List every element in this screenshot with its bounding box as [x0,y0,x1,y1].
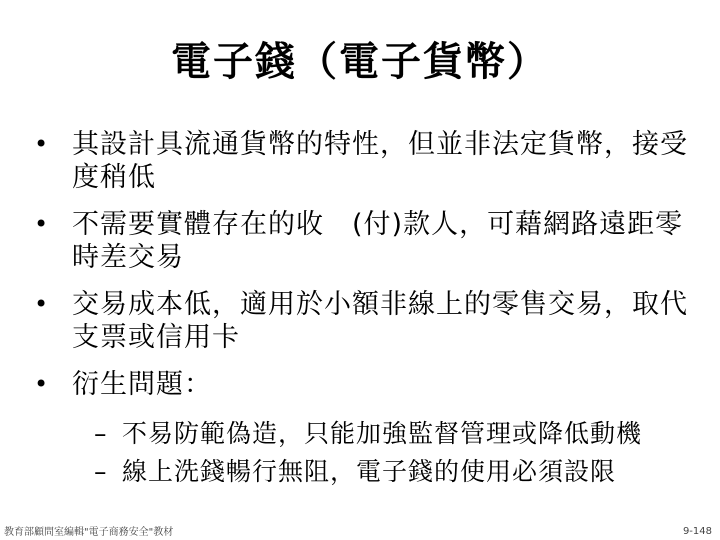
bullet-dot-icon: • [34,208,49,241]
slide-body: • 其設計具流通貨幣的特性，但並非法定貨幣，接受度稍低 • 不需要實體存在的收 … [28,128,698,493]
bullet-item: • 衍生問題： [28,368,698,401]
footer-source: 教育部顧問室編輯"電子商務安全"教材 [4,523,173,538]
bullet-text: 不需要實體存在的收 (付)款人，可藉網路遠距零時差交易 [72,209,683,273]
sub-bullet-list: – 不易防範偽造，只能加強監督管理或降低動機 – 線上洗錢暢行無阻，電子錢的使用… [28,417,698,489]
bullet-dot-icon: • [34,128,49,161]
bullet-text: 交易成本低，適用於小額非線上的零售交易，取代支票或信用卡 [72,289,688,353]
page-number: 9-148 [683,526,712,537]
bullet-dot-icon: • [34,368,49,401]
sub-bullet-item: – 線上洗錢暢行無阻，電子錢的使用必須設限 [28,455,698,489]
sub-bullet-text: 不易防範偽造，只能加強監督管理或降低動機 [122,419,642,448]
sub-bullet-text: 線上洗錢暢行無阻，電子錢的使用必須設限 [122,457,616,486]
dash-icon: – [94,417,108,451]
bullet-dot-icon: • [34,288,49,321]
sub-bullet-item: – 不易防範偽造，只能加強監督管理或降低動機 [28,417,698,451]
dash-icon: – [94,455,108,489]
slide-title: 電子錢（電子貨幣） [0,38,720,86]
bullet-text: 衍生問題： [72,369,212,400]
bullet-text: 其設計具流通貨幣的特性，但並非法定貨幣，接受度稍低 [72,129,688,193]
bullet-item: • 其設計具流通貨幣的特性，但並非法定貨幣，接受度稍低 [28,128,698,194]
bullet-item: • 不需要實體存在的收 (付)款人，可藉網路遠距零時差交易 [28,208,698,274]
bullet-item: • 交易成本低，適用於小額非線上的零售交易，取代支票或信用卡 [28,288,698,354]
